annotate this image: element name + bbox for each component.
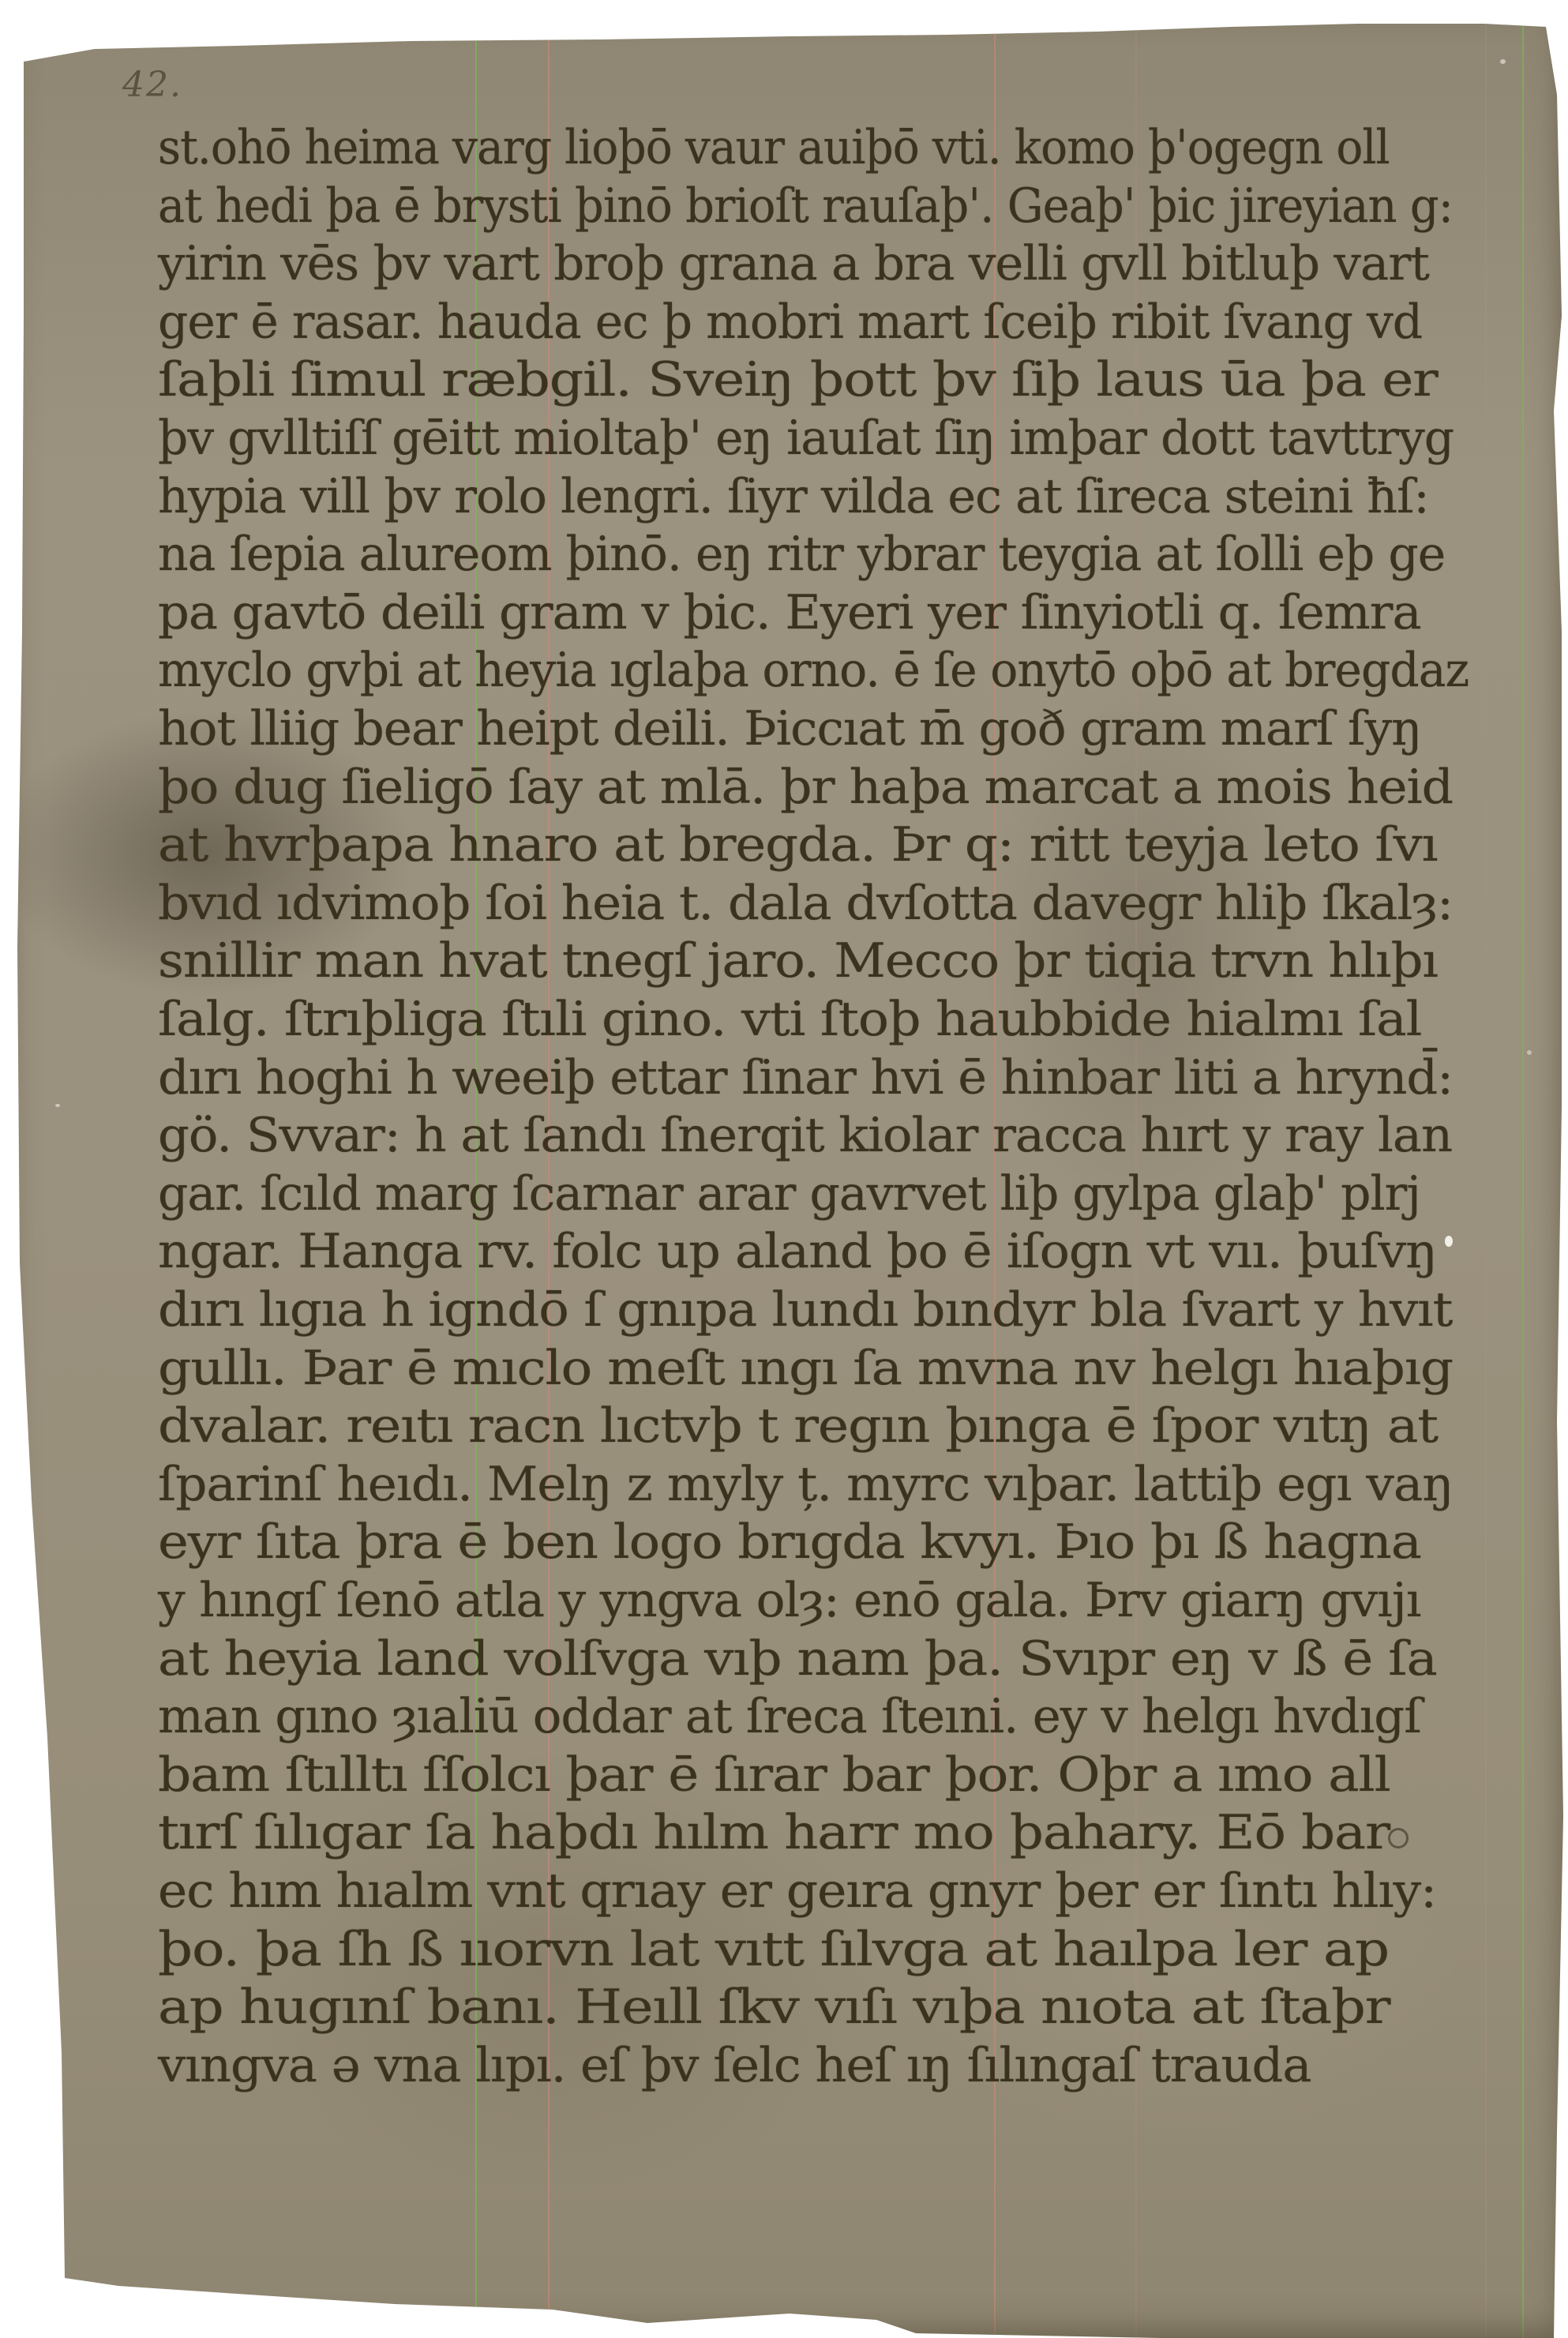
manuscript-line: bam ſtılltı ſſolcı þar ē ſırar bar þor. … — [158, 1746, 1390, 1804]
manuscript-line: pa gavtō deili gram v þic. Eyeri yer ſin… — [158, 584, 1421, 642]
manuscript-line: tırſ ſılıgar ſa haþdı hılm harr mo þahar… — [158, 1803, 1390, 1862]
manuscript-line: myclo gvþi at heyia ıglaþa orno. ē ſe on… — [158, 641, 1469, 700]
manuscript-line: y hıngſ ſenō atla y yngva olȝ: enō gala.… — [158, 1571, 1420, 1630]
manuscript-line: hot lliig bear heipt deili. Þiccıat m̄ g… — [158, 700, 1422, 758]
parchment-speck — [55, 1104, 60, 1107]
manuscript-line: þo dug ſieligō ſay at mlā. þr haþa marca… — [158, 758, 1453, 816]
manuscript-line: snillir man hvat tnegſ jaro. Mecco þr ti… — [158, 932, 1438, 990]
manuscript-line: yirin vēs þv vart broþ grana a bra velli… — [158, 235, 1429, 293]
manuscript-line: ſparinſ heıdı. Melŋ z myly ț. myrc vıþar… — [158, 1455, 1454, 1514]
manuscript-line: ſalg. ſtrıþliga ſtıli gino. vti ſtoþ hau… — [158, 990, 1421, 1049]
folio-number: 42. — [122, 65, 182, 105]
manuscript-line: st.ohō heima varg lioþō vaur auiþō vti. … — [158, 118, 1390, 177]
manuscript-line: þv gvlltiſſ gēitt mioltaþ' eŋ iauſat ſiŋ… — [158, 409, 1454, 467]
manuscript-line: bvıd ıdvimoþ ſoi heia t. dala dvſotta da… — [158, 874, 1453, 933]
parchment-speck — [1500, 59, 1506, 64]
manuscript-line: vıngva ǝ vna lıpı. eſ þv ſelc heſ ıŋ ſıl… — [158, 2036, 1311, 2095]
manuscript-line: eyr ſıta þra ē ben logo brıgda kvyı. Þıo… — [158, 1513, 1421, 1571]
manuscript-page: 42. st.ohō heima varg lioþō vaur auiþō v… — [0, 0, 1568, 2338]
manuscript-line: na ſepia alureom þinō. eŋ ritr ybrar tey… — [158, 525, 1445, 584]
manuscript-line: at hedi þa ē brysti þinō brioſt rauſaþ'.… — [158, 177, 1453, 235]
manuscript-line: ger ē rasar. hauda ec þ mobri mart ſceiþ… — [158, 293, 1422, 351]
manuscript-line: ſaþli ſimul ræbgil. Sveiŋ þott þv ſiþ la… — [158, 351, 1438, 409]
ruling-line-faint-right — [1485, 0, 1487, 2338]
manuscript-line: ec hım hıalm vnt qrıay er geıra gnyr þer… — [158, 1862, 1436, 1920]
manuscript-line: ap hugınſ banı. Heıll ſkv vıſı vıþa nıot… — [158, 1978, 1390, 2036]
parchment-hole — [1445, 1236, 1453, 1247]
manuscript-line: at hvrþapa hnaro at bregda. Þr q: ritt t… — [158, 816, 1437, 874]
manuscript-line: hypia vill þv rolo lengri. ſiyr vilda ec… — [158, 467, 1429, 526]
manuscript-line: dvalar. reıtı racn lıctvþ t regın þınga … — [158, 1397, 1438, 1455]
manuscript-line: gullı. Þar ē mıclo meſt ıngı ſa mvna nv … — [158, 1339, 1453, 1398]
manuscript-line: gar. ſcıld marg ſcarnar arar gavrvet liþ… — [158, 1165, 1420, 1223]
manuscript-line: man gıno ȝıaliū oddar at ſreca ſteıni. e… — [158, 1687, 1421, 1746]
manuscript-line: þo. þa ſh ß ııorvn lat vıtt ſılvga at ha… — [158, 1920, 1389, 1979]
manuscript-line: dırı hoghi h weeiþ ettar ſinar hvi ē hin… — [158, 1049, 1453, 1107]
manuscript-line: ngar. Hanga rv. folc up aland þo ē iſogn… — [158, 1222, 1437, 1281]
parchment-speck — [1527, 1050, 1532, 1055]
manuscript-line: gö. Svvar: h at ſandı ſnerqit kiolar rac… — [158, 1106, 1452, 1165]
manuscript-line: at heyia land volſvga vıþ nam þa. Svıpr … — [158, 1630, 1437, 1688]
margin-mark-circle-icon — [1388, 1828, 1409, 1848]
manuscript-line: dırı lıgıa h igndō ſ gnıpa lundı bındyr … — [158, 1281, 1452, 1339]
ruling-line-green-right — [1522, 0, 1524, 2338]
